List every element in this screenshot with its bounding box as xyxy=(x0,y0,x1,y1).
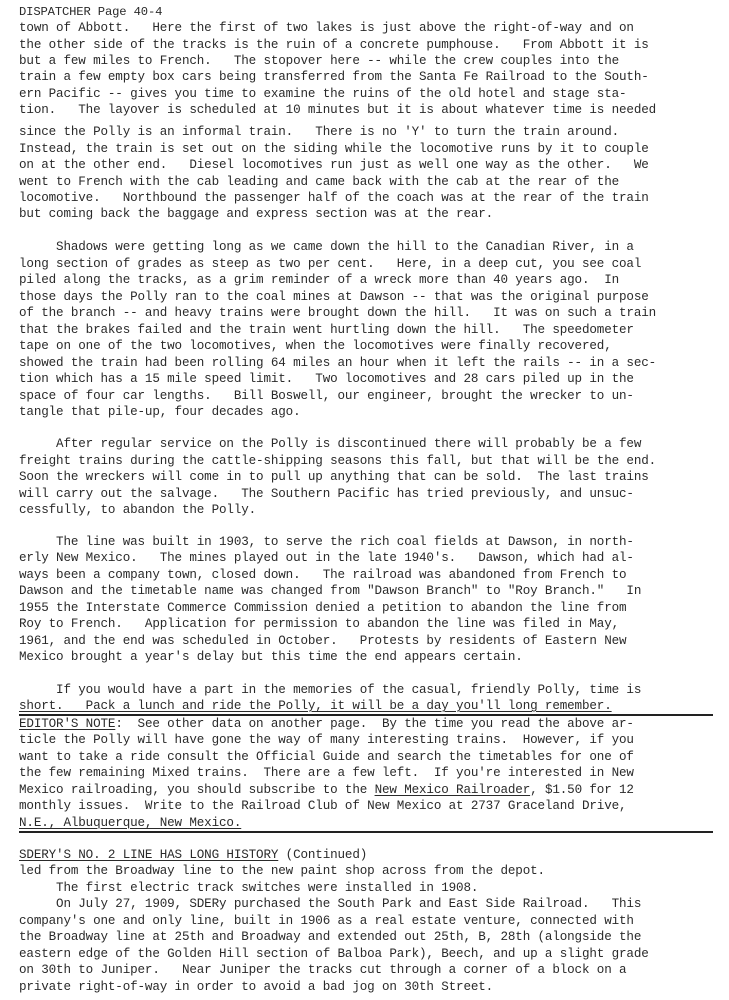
text-line: those days the Polly ran to the coal min… xyxy=(19,289,649,305)
text-span: , $1.50 for 12 xyxy=(530,783,634,797)
text-line: company's one and only line, built in 19… xyxy=(19,913,634,929)
document-page: DISPATCHER Page 40-4 town of Abbott. Her… xyxy=(0,0,729,1000)
text-line: town of Abbott. Here the first of two la… xyxy=(19,20,634,36)
text-line: the Broadway line at 25th and Broadway a… xyxy=(19,929,641,945)
text-line: monthly issues. Write to the Railroad Cl… xyxy=(19,798,626,814)
divider-rule xyxy=(19,831,713,833)
text-line: will carry out the salvage. The Southern… xyxy=(19,486,634,502)
text-line: private right-of-way in order to avoid a… xyxy=(19,979,493,995)
text-line: on 30th to Juniper. Near Juniper the tra… xyxy=(19,962,626,978)
text-line: Instead, the train is set out on the sid… xyxy=(19,141,649,157)
section-title: SDERY'S NO. 2 LINE HAS LONG HISTORY xyxy=(19,848,278,862)
text-line: The line was built in 1903, to serve the… xyxy=(19,534,634,550)
text-line: If you would have a part in the memories… xyxy=(19,682,641,698)
text-line: train a few empty box cars being transfe… xyxy=(19,69,649,85)
section-heading: SDERY'S NO. 2 LINE HAS LONG HISTORY (Con… xyxy=(19,847,367,863)
text-line: the other side of the tracks is the ruin… xyxy=(19,37,649,53)
text-span: Mexico railroading, you should subscribe… xyxy=(19,783,375,797)
text-line: Shadows were getting long as we came dow… xyxy=(19,239,634,255)
text-line: but coming back the baggage and express … xyxy=(19,206,493,222)
text-line: the few remaining Mixed trains. There ar… xyxy=(19,765,634,781)
text-line: of the branch -- and heavy trains were b… xyxy=(19,305,656,321)
text-line: space of four car lengths. Bill Boswell,… xyxy=(19,388,634,404)
text-line: Mexico railroading, you should subscribe… xyxy=(19,782,634,798)
text-line: Roy to French. Application for permissio… xyxy=(19,616,619,632)
text-line: showed the train had been rolling 64 mil… xyxy=(19,355,656,371)
text-line: long section of grades as steep as two p… xyxy=(19,256,641,272)
text-line: tion which has a 15 mile speed limit. Tw… xyxy=(19,371,634,387)
text-line: ern Pacific -- gives you time to examine… xyxy=(19,86,626,102)
text-line: locomotive. Northbound the passenger hal… xyxy=(19,190,649,206)
text-line: On July 27, 1909, SDERy purchased the So… xyxy=(19,896,641,912)
text-line: The first electric track switches were i… xyxy=(19,880,478,896)
publication-title: New Mexico Railroader xyxy=(375,783,531,797)
text-line: After regular service on the Polly is di… xyxy=(19,436,641,452)
text-line: Dawson and the timetable name was change… xyxy=(19,583,641,599)
text-line: cessfully, to abandon the Polly. xyxy=(19,502,256,518)
text-line: want to take a ride consult the Official… xyxy=(19,749,634,765)
section-suffix: (Continued) xyxy=(278,848,367,862)
text-line: freight trains during the cattle-shippin… xyxy=(19,453,656,469)
text-line: piled along the tracks, as a grim remind… xyxy=(19,272,619,288)
text-line: ways been a company town, closed down. T… xyxy=(19,567,626,583)
text-line: that the brakes failed and the train wen… xyxy=(19,322,634,338)
text-line: 1955 the Interstate Commerce Commission … xyxy=(19,600,626,616)
text-line: eastern edge of the Golden Hill section … xyxy=(19,946,649,962)
text-line: since the Polly is an informal train. Th… xyxy=(19,124,619,140)
text-line: tion. The layover is scheduled at 10 min… xyxy=(19,102,656,118)
text-line: erly New Mexico. The mines played out in… xyxy=(19,550,634,566)
text-span: : See other data on another page. By the… xyxy=(115,717,634,731)
text-line: EDITOR'S NOTE: See other data on another… xyxy=(19,716,634,732)
text-line: Mexico brought a year's delay but this t… xyxy=(19,649,523,665)
text-line: ticle the Polly will have gone the way o… xyxy=(19,732,634,748)
text-line: Soon the wreckers will come in to pull u… xyxy=(19,469,649,485)
closing-line: short. Pack a lunch and ride the Polly, … xyxy=(19,698,612,714)
text-line: 1961, and the end was scheduled in Octob… xyxy=(19,633,626,649)
text-line: tape on one of the two locomotives, when… xyxy=(19,338,612,354)
text-line: tangle that pile-up, four decades ago. xyxy=(19,404,301,420)
editors-note-label: EDITOR'S NOTE xyxy=(19,717,115,731)
text-line: but a few miles to French. The stopover … xyxy=(19,53,619,69)
text-line: on at the other end. Diesel locomotives … xyxy=(19,157,649,173)
page-header: DISPATCHER Page 40-4 xyxy=(19,4,162,20)
text-line: led from the Broadway line to the new pa… xyxy=(19,863,545,879)
address-line: N.E., Albuquerque, New Mexico. xyxy=(19,815,241,831)
text-line: went to French with the cab leading and … xyxy=(19,174,619,190)
